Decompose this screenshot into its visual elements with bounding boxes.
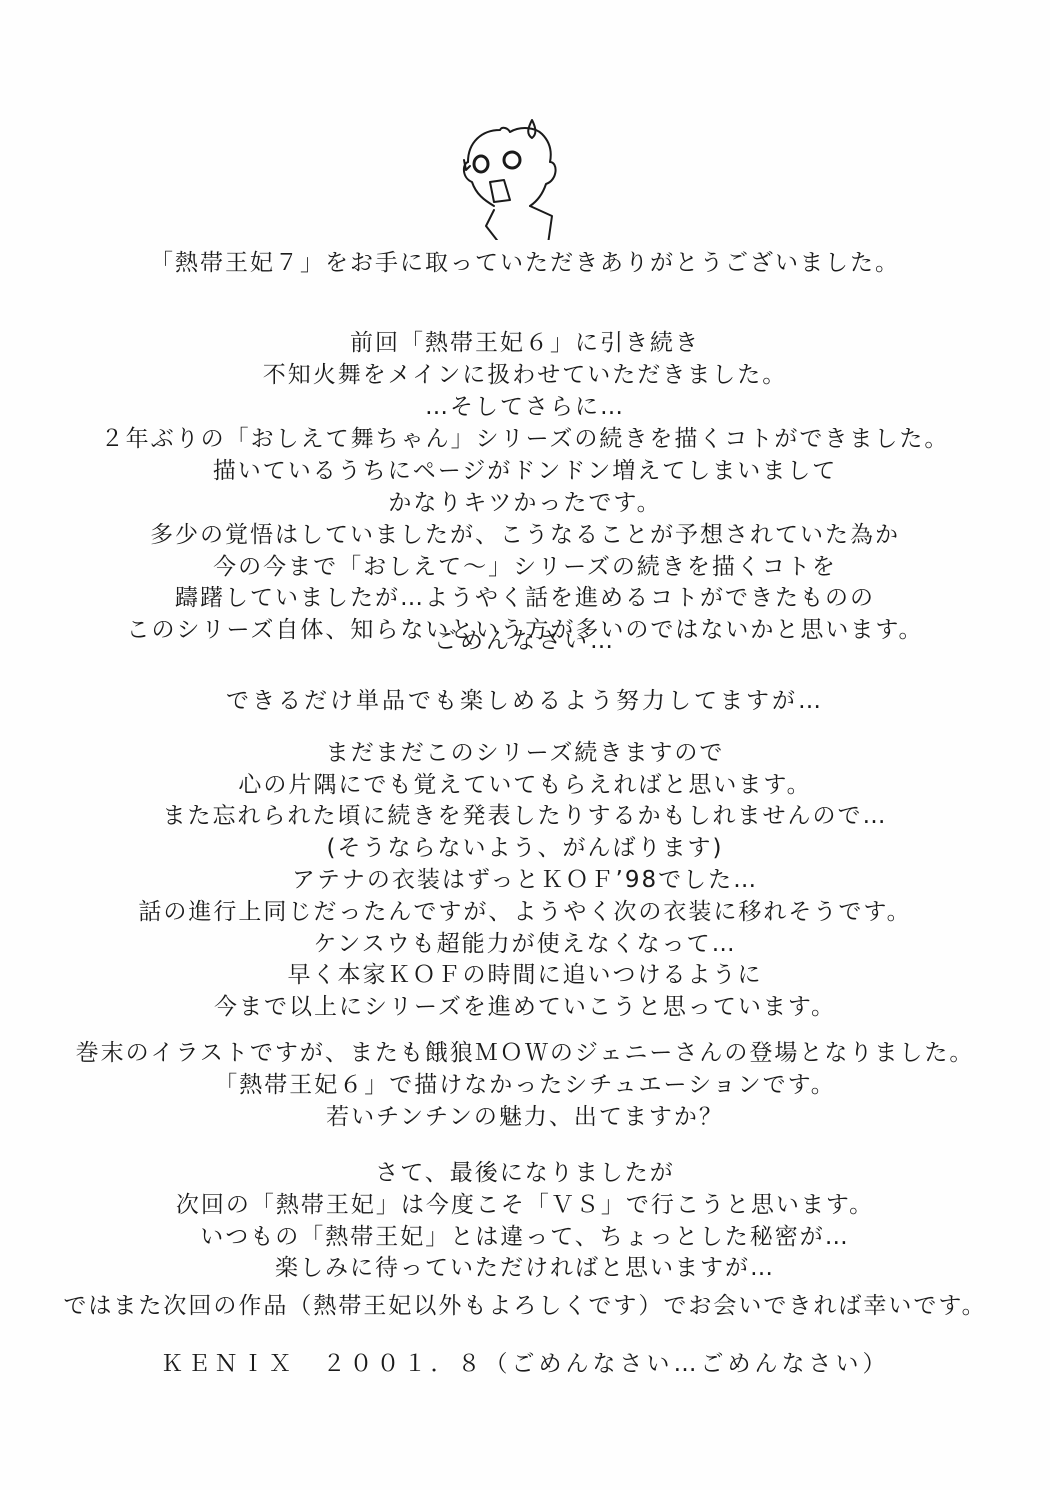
author-signature: ＫＥＮＩＸ ２００１．８（ごめんなさい…ごめんなさい） [0, 1349, 1050, 1379]
text-line: 心の片隅にでも覚えていてもらえればと思います。 [0, 770, 1050, 800]
text-line: さて、最後になりましたが [0, 1158, 1050, 1188]
text-line: アテナの衣装はずっとＫＯＦ’98でした… [0, 865, 1050, 895]
text-line: 前回「熱帯王妃６」に引き続き [0, 328, 1050, 358]
text-line: できるだけ単品でも楽しめるよう努力してますが… [0, 686, 1050, 716]
text-line: 話の進行上同じだったんですが、ようやく次の衣装に移れそうです。 [0, 897, 1050, 927]
text-line: 描いているうちにページがドンドン増えてしまいまして [0, 456, 1050, 486]
text-line: 早く本家ＫＯＦの時間に追いつけるように [0, 960, 1050, 990]
text-line: ２年ぶりの「おしえて舞ちゃん」シリーズの続きを描くコトができました。 [0, 424, 1050, 454]
text-line: 次回の「熱帯王妃」は今度こそ「ＶＳ」で行こうと思います。 [0, 1190, 1050, 1220]
text-line: 「熱帯王妃６」で描けなかったシチュエーションです。 [0, 1070, 1050, 1100]
text-line: また忘れられた頃に続きを発表したりするかもしれませんので… [0, 801, 1050, 831]
closing-line: ではまた次回の作品（熱帯王妃以外もよろしくです）でお会いできれば幸いです。 [0, 1291, 1050, 1321]
text-line: かなりキツかったです。 [0, 488, 1050, 518]
text-line: 躊躇していましたが…ようやく話を進めるコトができたものの [0, 583, 1050, 613]
apology-line: ごめんなさい… [0, 626, 1050, 656]
text-line: ケンスウも超能力が使えなくなって… [0, 929, 1050, 959]
text-line: いつもの「熱帯王妃」とは違って、ちょっとした秘密が… [0, 1222, 1050, 1252]
text-line: 今まで以上にシリーズを進めていこうと思っています。 [0, 992, 1050, 1022]
text-line: …そしてさらに… [0, 392, 1050, 422]
thanks-line: 「熱帯王妃７」をお手に取っていただきありがとうございました。 [0, 248, 1050, 278]
text-line: 巻末のイラストですが、またも餓狼ＭＯＷのジェニーさんの登場となりました。 [0, 1038, 1050, 1068]
text-line: 不知火舞をメインに扱わせていただきました。 [0, 360, 1050, 390]
text-line: まだまだこのシリーズ続きますので [0, 738, 1050, 768]
text-line: 今の今まで「おしえて～」シリーズの続きを描くコトを [0, 552, 1050, 582]
text-line: 若いチンチンの魅力、出てますか？ [0, 1102, 1050, 1132]
text-line: (そうならないよう、がんばります) [0, 833, 1050, 863]
text-line: 多少の覚悟はしていましたが、こうなることが予想されていた為か [0, 520, 1050, 550]
text-line: 楽しみに待っていただければと思いますが… [0, 1253, 1050, 1283]
surprised-chibi-face-icon [440, 100, 620, 240]
afterword-page: 「熱帯王妃７」をお手に取っていただきありがとうございました。 前回「熱帯王妃６」… [0, 0, 1050, 1490]
